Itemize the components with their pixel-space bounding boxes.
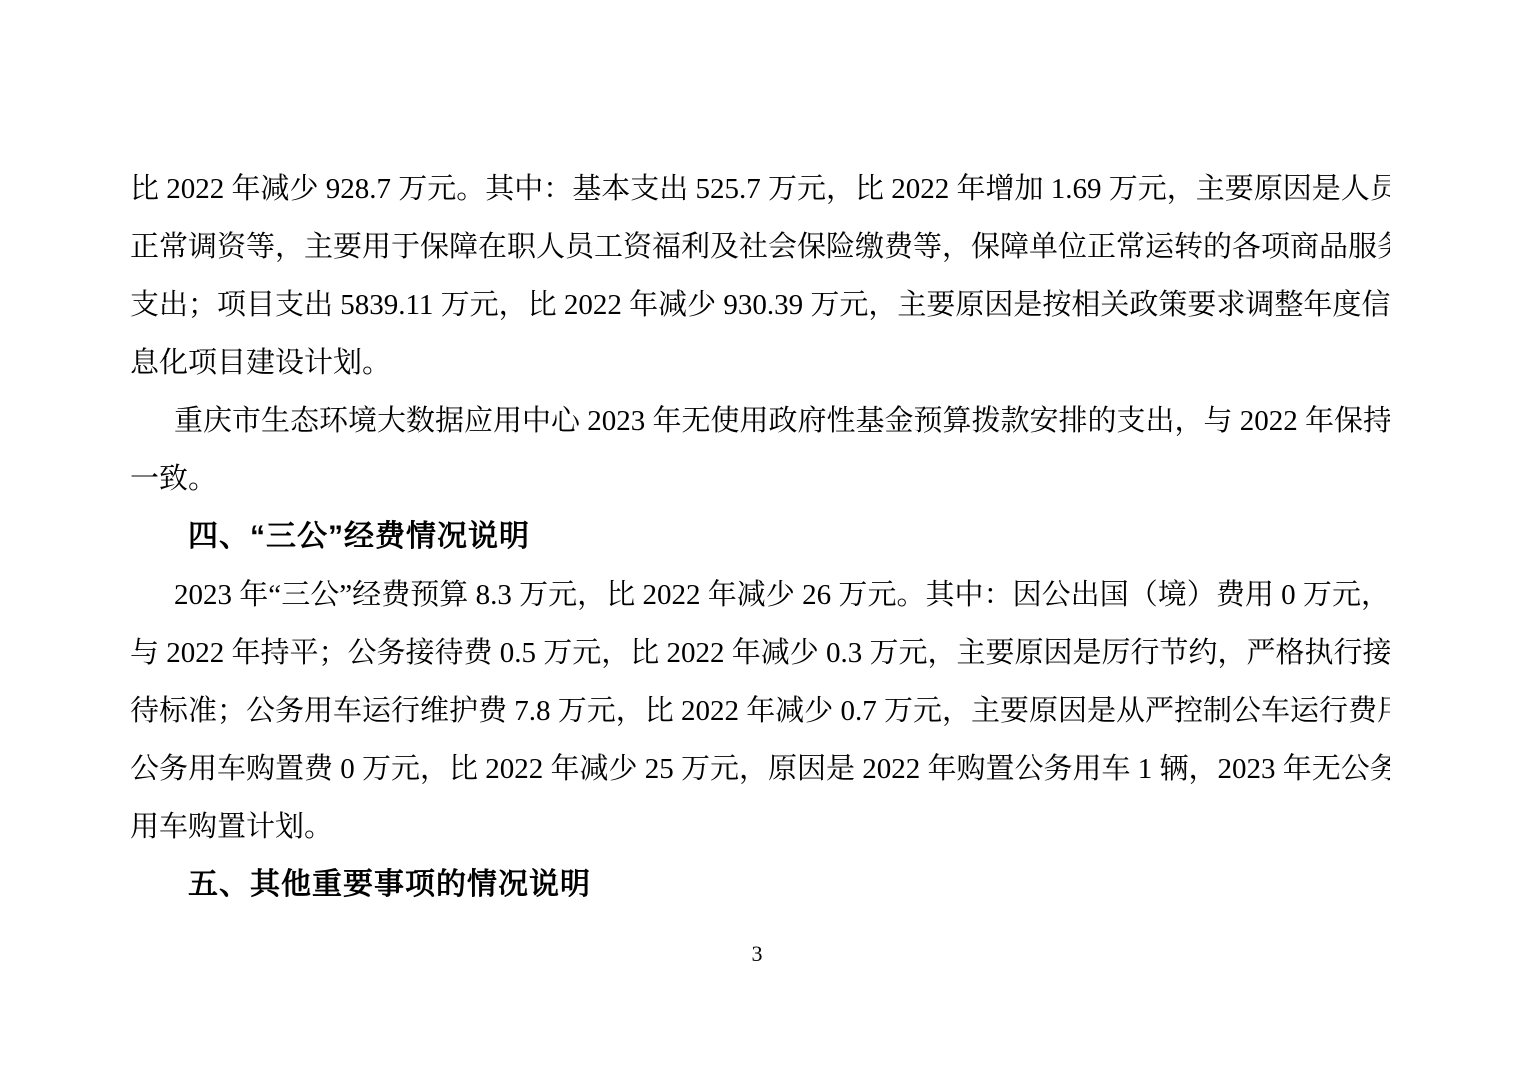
text-line: 息化项目建设计划。 (130, 334, 1390, 392)
section-heading-four: 四、“三公”经费情况说明 (130, 508, 1390, 566)
text-line: 用车购置计划。 (130, 798, 1390, 856)
text-line: 支出；项目支出 5839.11 万元，比 2022 年减少 930.39 万元，… (130, 276, 1390, 334)
text-line: 正常调资等，主要用于保障在职人员工资福利及社会保险缴费等，保障单位正常运转的各项… (130, 218, 1390, 276)
text-line: 比 2022 年减少 928.7 万元。其中：基本支出 525.7 万元，比 2… (130, 160, 1390, 218)
page-number: 3 (0, 934, 1514, 974)
section-heading-five: 五、其他重要事项的情况说明 (130, 856, 1390, 914)
text-line: 公务用车购置费 0 万元，比 2022 年减少 25 万元，原因是 2022 年… (130, 740, 1390, 798)
text-line: 与 2022 年持平；公务接待费 0.5 万元，比 2022 年减少 0.3 万… (130, 624, 1390, 682)
document-page: 比 2022 年减少 928.7 万元。其中：基本支出 525.7 万元，比 2… (0, 0, 1520, 1074)
text-line: 待标准；公务用车运行维护费 7.8 万元，比 2022 年减少 0.7 万元，主… (130, 682, 1390, 740)
text-line: 一致。 (130, 450, 1390, 508)
text-line: 重庆市生态环境大数据应用中心 2023 年无使用政府性基金预算拨款安排的支出，与… (130, 392, 1390, 450)
text-line: 2023 年“三公”经费预算 8.3 万元，比 2022 年减少 26 万元。其… (130, 566, 1390, 624)
document-body: 比 2022 年减少 928.7 万元。其中：基本支出 525.7 万元，比 2… (130, 160, 1390, 914)
